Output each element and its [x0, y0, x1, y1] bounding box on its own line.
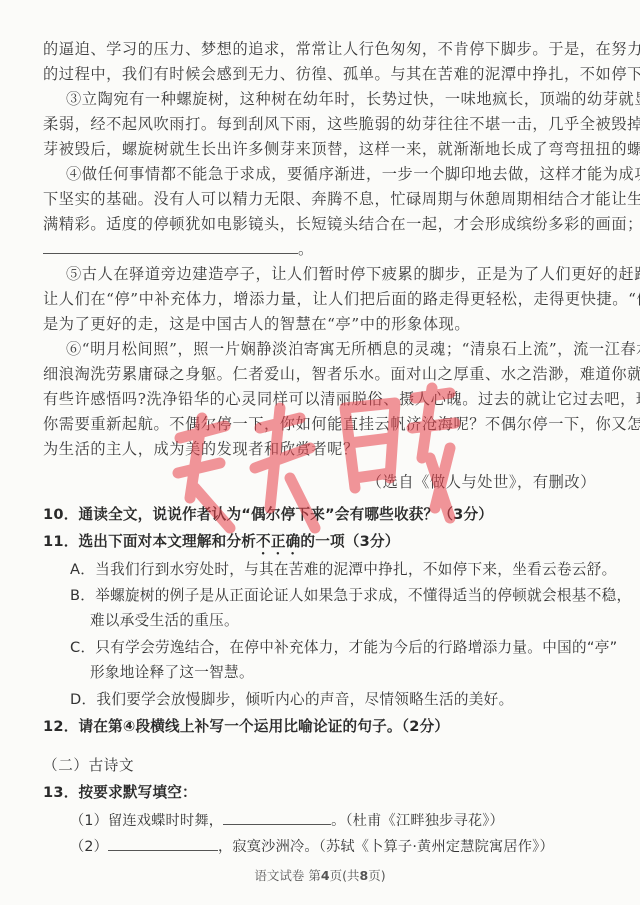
item-1-suffix: 。（杜甫《江畔独步寻花》） [331, 813, 504, 829]
passage-line: 你需要重新起航。不偶尔停一下，你如何能直挂云帆济沧海呢？不偶尔停一下，你又怎能成 [43, 414, 596, 434]
page-number: 4 [321, 868, 330, 883]
paragraph-4-blank-line: 。 [43, 239, 596, 259]
question-11-emphasis: 不正确 [256, 533, 300, 550]
question-10: 10．通读全文，说说作者认为“偶尔停下来”会有哪些收获？（3分） [43, 505, 596, 525]
item-2: （2），寂寞沙洲冷。（苏轼《卜算子·黄州定慧院寓居作》） [70, 836, 623, 857]
page-footer: 语文试卷 第4页(共8页) [0, 866, 640, 884]
option-b[interactable]: B．举螺旋树的例子是从正面论证人如果急于求成，不懂得适当的停顿就会根基不稳， [70, 586, 596, 606]
paragraph-4-line: ④做任何事情都不能急于求成，要循序渐进，一步一个脚印地去做，这样才能为成功打 [66, 164, 596, 184]
paragraph-3-line: ③立陶宛有一种螺旋树，这种树在幼年时，长势过快，一味地疯长，顶端的幼芽就显得 [66, 89, 596, 109]
fill-in-blank[interactable] [43, 239, 298, 254]
option-d[interactable]: D．我们要学会放慢脚步，倾听内心的声音，尽情领略生活的美好。 [70, 690, 596, 710]
passage-line: 柔弱，经不起风吹雨打。每到刮风下雨，这些脆弱的幼芽往往不堪一击，几乎全被毁掉。顶 [43, 114, 596, 134]
footer-prefix: 语文试卷 第 [254, 868, 320, 883]
passage-line: 是为了更好的走，这是中国古人的智慧在“亭”中的形象体现。 [43, 314, 596, 334]
footer-suffix: 页) [368, 868, 385, 883]
item-2-prefix: （2） [70, 839, 108, 855]
section-title: （二）古诗文 [43, 756, 596, 776]
item-2-suffix: ，寂寞沙洲冷。（苏轼《卜算子·黄州定慧院寓居作》） [218, 839, 554, 855]
passage-line: 满精彩。适度的停顿犹如电影镜头，长短镜头结合在一起，才会形成缤纷多彩的画面； [43, 214, 596, 234]
page-total: 8 [359, 868, 368, 883]
option-b-cont: 难以承受生活的重压。 [90, 611, 596, 631]
passage-line: 为生活的主人，成为美的发现者和欣赏者呢？ [43, 439, 596, 459]
question-11-suffix: 的一项（3分） [300, 533, 399, 550]
option-c-cont: 形象地诠释了这一智慧。 [90, 663, 596, 683]
passage-source: （选自《做人与处世》，有删改） [300, 472, 596, 492]
fill-in-blank[interactable] [223, 810, 331, 825]
fill-in-blank[interactable] [108, 836, 218, 851]
passage-line: 有些许感悟吗?洗净铅华的心灵同样可以清丽脱俗、摄人心魄。过去的就让它过去吧，现在 [43, 389, 596, 409]
passage-line: 的过程中，我们有时候会感到无力、彷徨、孤单。与其在苦难的泥潭中挣扎，不如停下来。 [43, 64, 596, 84]
passage-line: 芽被毁后，螺旋树就生长出许多侧芽来顶替，这样一来，就渐渐地长成了弯弯扭扭的螺旋树… [43, 139, 596, 159]
paragraph-5-line: ⑤古人在驿道旁边建造亭子，让人们暂时停下疲累的脚步，正是为了人们更好的赶路， [66, 264, 596, 284]
question-11-prefix: 11．选出下面对本文理解和分析 [43, 533, 256, 550]
exam-page: 的逼迫、学习的压力、梦想的追求，常常让人行色匆匆，不肯停下脚步。于是，在努力拼搏… [0, 0, 640, 905]
question-13: 13．按要求默写填空： [43, 783, 596, 803]
footer-mid: 页(共 [330, 868, 360, 883]
passage-line: 下坚实的基础。没有人可以精力无限、奔腾不息，忙碌周期与休憩周期相结合才能让生命充 [43, 189, 596, 209]
passage-line: 让人们在“停”中补充体力，增添力量，让人们把后面的路走得更轻松，走得更快捷。“停… [43, 289, 596, 309]
passage-line: 的逼迫、学习的压力、梦想的追求，常常让人行色匆匆，不肯停下脚步。于是，在努力拼搏 [43, 39, 596, 59]
question-11: 11．选出下面对本文理解和分析不正确的一项（3分） [43, 532, 596, 558]
period: 。 [298, 240, 314, 258]
paragraph-6-line: ⑥“明月松间照”，照一片娴静淡泊寄寓无所栖息的灵魂；“清泉石上流”，流一江春水 [66, 339, 596, 359]
passage-line: 细浪淘洗劳累庸碌之身躯。仁者爱山，智者乐水。面对山之厚重、水之浩渺，难道你就不会 [43, 364, 596, 384]
item-1: （1）留连戏蝶时时舞，。（杜甫《江畔独步寻花》） [70, 810, 623, 831]
item-1-prefix: （1）留连戏蝶时时舞， [70, 813, 223, 829]
question-12: 12．请在第④段横线上补写一个运用比喻论证的句子。（2分） [43, 717, 596, 737]
option-c[interactable]: C．只有学会劳逸结合，在停中补充体力，才能为今后的行路增添力量。中国的“亭” [70, 638, 596, 658]
option-a[interactable]: A．当我们行到水穷处时，与其在苦难的泥潭中挣扎，不如停下来，坐看云卷云舒。 [70, 560, 596, 580]
